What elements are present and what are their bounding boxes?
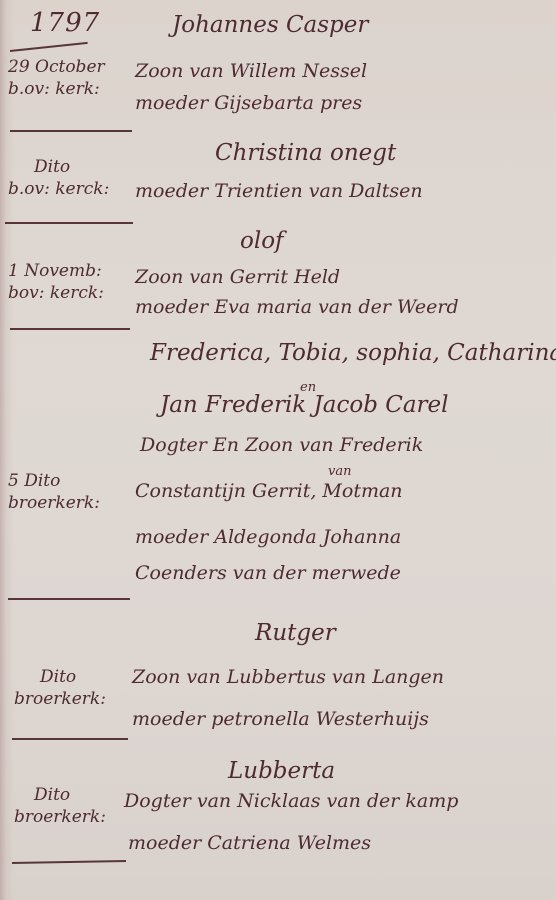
mother-line: moeder petronella Westerhuijs xyxy=(132,708,429,730)
parent-line-2: Constantijn Gerrit, Motman xyxy=(135,480,403,502)
entry-date: Dito xyxy=(14,784,106,806)
entry-church: broerkerk: xyxy=(14,688,106,710)
child-name: Johannes Casper xyxy=(172,12,368,38)
entry-church: broerkerk: xyxy=(8,492,100,514)
entry-margin: Dito b.ov: kerck: xyxy=(22,156,109,200)
entry-church: b.ov: kerk: xyxy=(8,78,105,100)
mother-line: moeder Aldegonda Johanna xyxy=(135,526,401,548)
parent-line: Zoon van Lubbertus van Langen xyxy=(132,666,444,688)
parent-line: Zoon van Gerrit Held xyxy=(135,266,340,288)
entry-date: Dito xyxy=(14,666,106,688)
entry-divider xyxy=(10,328,130,330)
entry-date: 29 October xyxy=(8,56,105,78)
mother-line: moeder Eva maria van der Weerd xyxy=(135,296,459,318)
entry-margin: 1 Novemb: bov: kerck: xyxy=(8,260,104,304)
year-heading: 1797 xyxy=(30,8,100,38)
divider xyxy=(10,42,88,52)
mother-line-2: Coenders van der merwede xyxy=(135,562,401,584)
entry-divider xyxy=(12,860,126,863)
mother-line: moeder Gijsebarta pres xyxy=(135,92,362,114)
register-page: 1797 Johannes Casper 29 October b.ov: ke… xyxy=(0,0,556,900)
parent-line: Dogter En Zoon van Frederik xyxy=(140,434,423,456)
child-name: Christina onegt xyxy=(215,140,396,166)
entry-date: 5 Dito xyxy=(8,470,100,492)
entry-margin: 5 Dito broerkerk: xyxy=(8,470,100,514)
entry-date: Dito xyxy=(22,156,109,178)
entry-margin: Dito broerkerk: xyxy=(14,784,106,828)
entry-divider xyxy=(8,598,130,600)
entry-divider xyxy=(10,130,132,132)
entry-divider xyxy=(12,738,128,740)
insertion: van xyxy=(328,464,351,479)
child-name: olof xyxy=(240,228,284,254)
child-name: Frederica, Tobia, sophia, Catharina xyxy=(150,340,556,366)
child-name: Lubberta xyxy=(228,758,335,784)
entry-church: bov: kerck: xyxy=(8,282,104,304)
entry-divider xyxy=(5,222,133,224)
parent-line: Dogter van Nicklaas van der kamp xyxy=(124,790,458,812)
parent-line: Zoon van Willem Nessel xyxy=(135,60,367,82)
mother-line: moeder Trientien van Daltsen xyxy=(135,180,423,202)
child-name-2: Jan Frederik Jacob Carel xyxy=(160,392,449,418)
entry-church: b.ov: kerck: xyxy=(8,178,109,200)
entry-margin: 29 October b.ov: kerk: xyxy=(8,56,105,100)
entry-margin: Dito broerkerk: xyxy=(14,666,106,710)
child-name: Rutger xyxy=(255,620,336,646)
entry-church: broerkerk: xyxy=(14,806,106,828)
entry-date: 1 Novemb: xyxy=(8,260,104,282)
mother-line: moeder Catriena Welmes xyxy=(128,832,371,854)
